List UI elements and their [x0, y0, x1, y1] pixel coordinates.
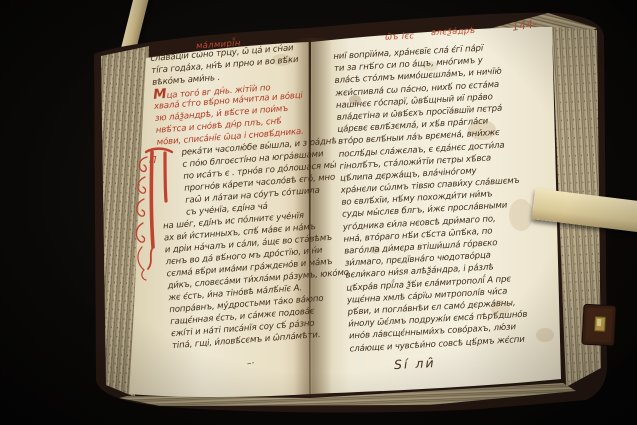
photo-of-open-manuscript-book: П ма́лмирї̈н ѡ̑ъ ієс алєѯа́дрѣ 144- сла́… [0, 0, 637, 425]
ornamental-initial: П [132, 143, 174, 287]
initial-letter-glyph: П [149, 155, 157, 166]
book-clasp [582, 304, 616, 346]
gutter-shadow [294, 38, 332, 396]
